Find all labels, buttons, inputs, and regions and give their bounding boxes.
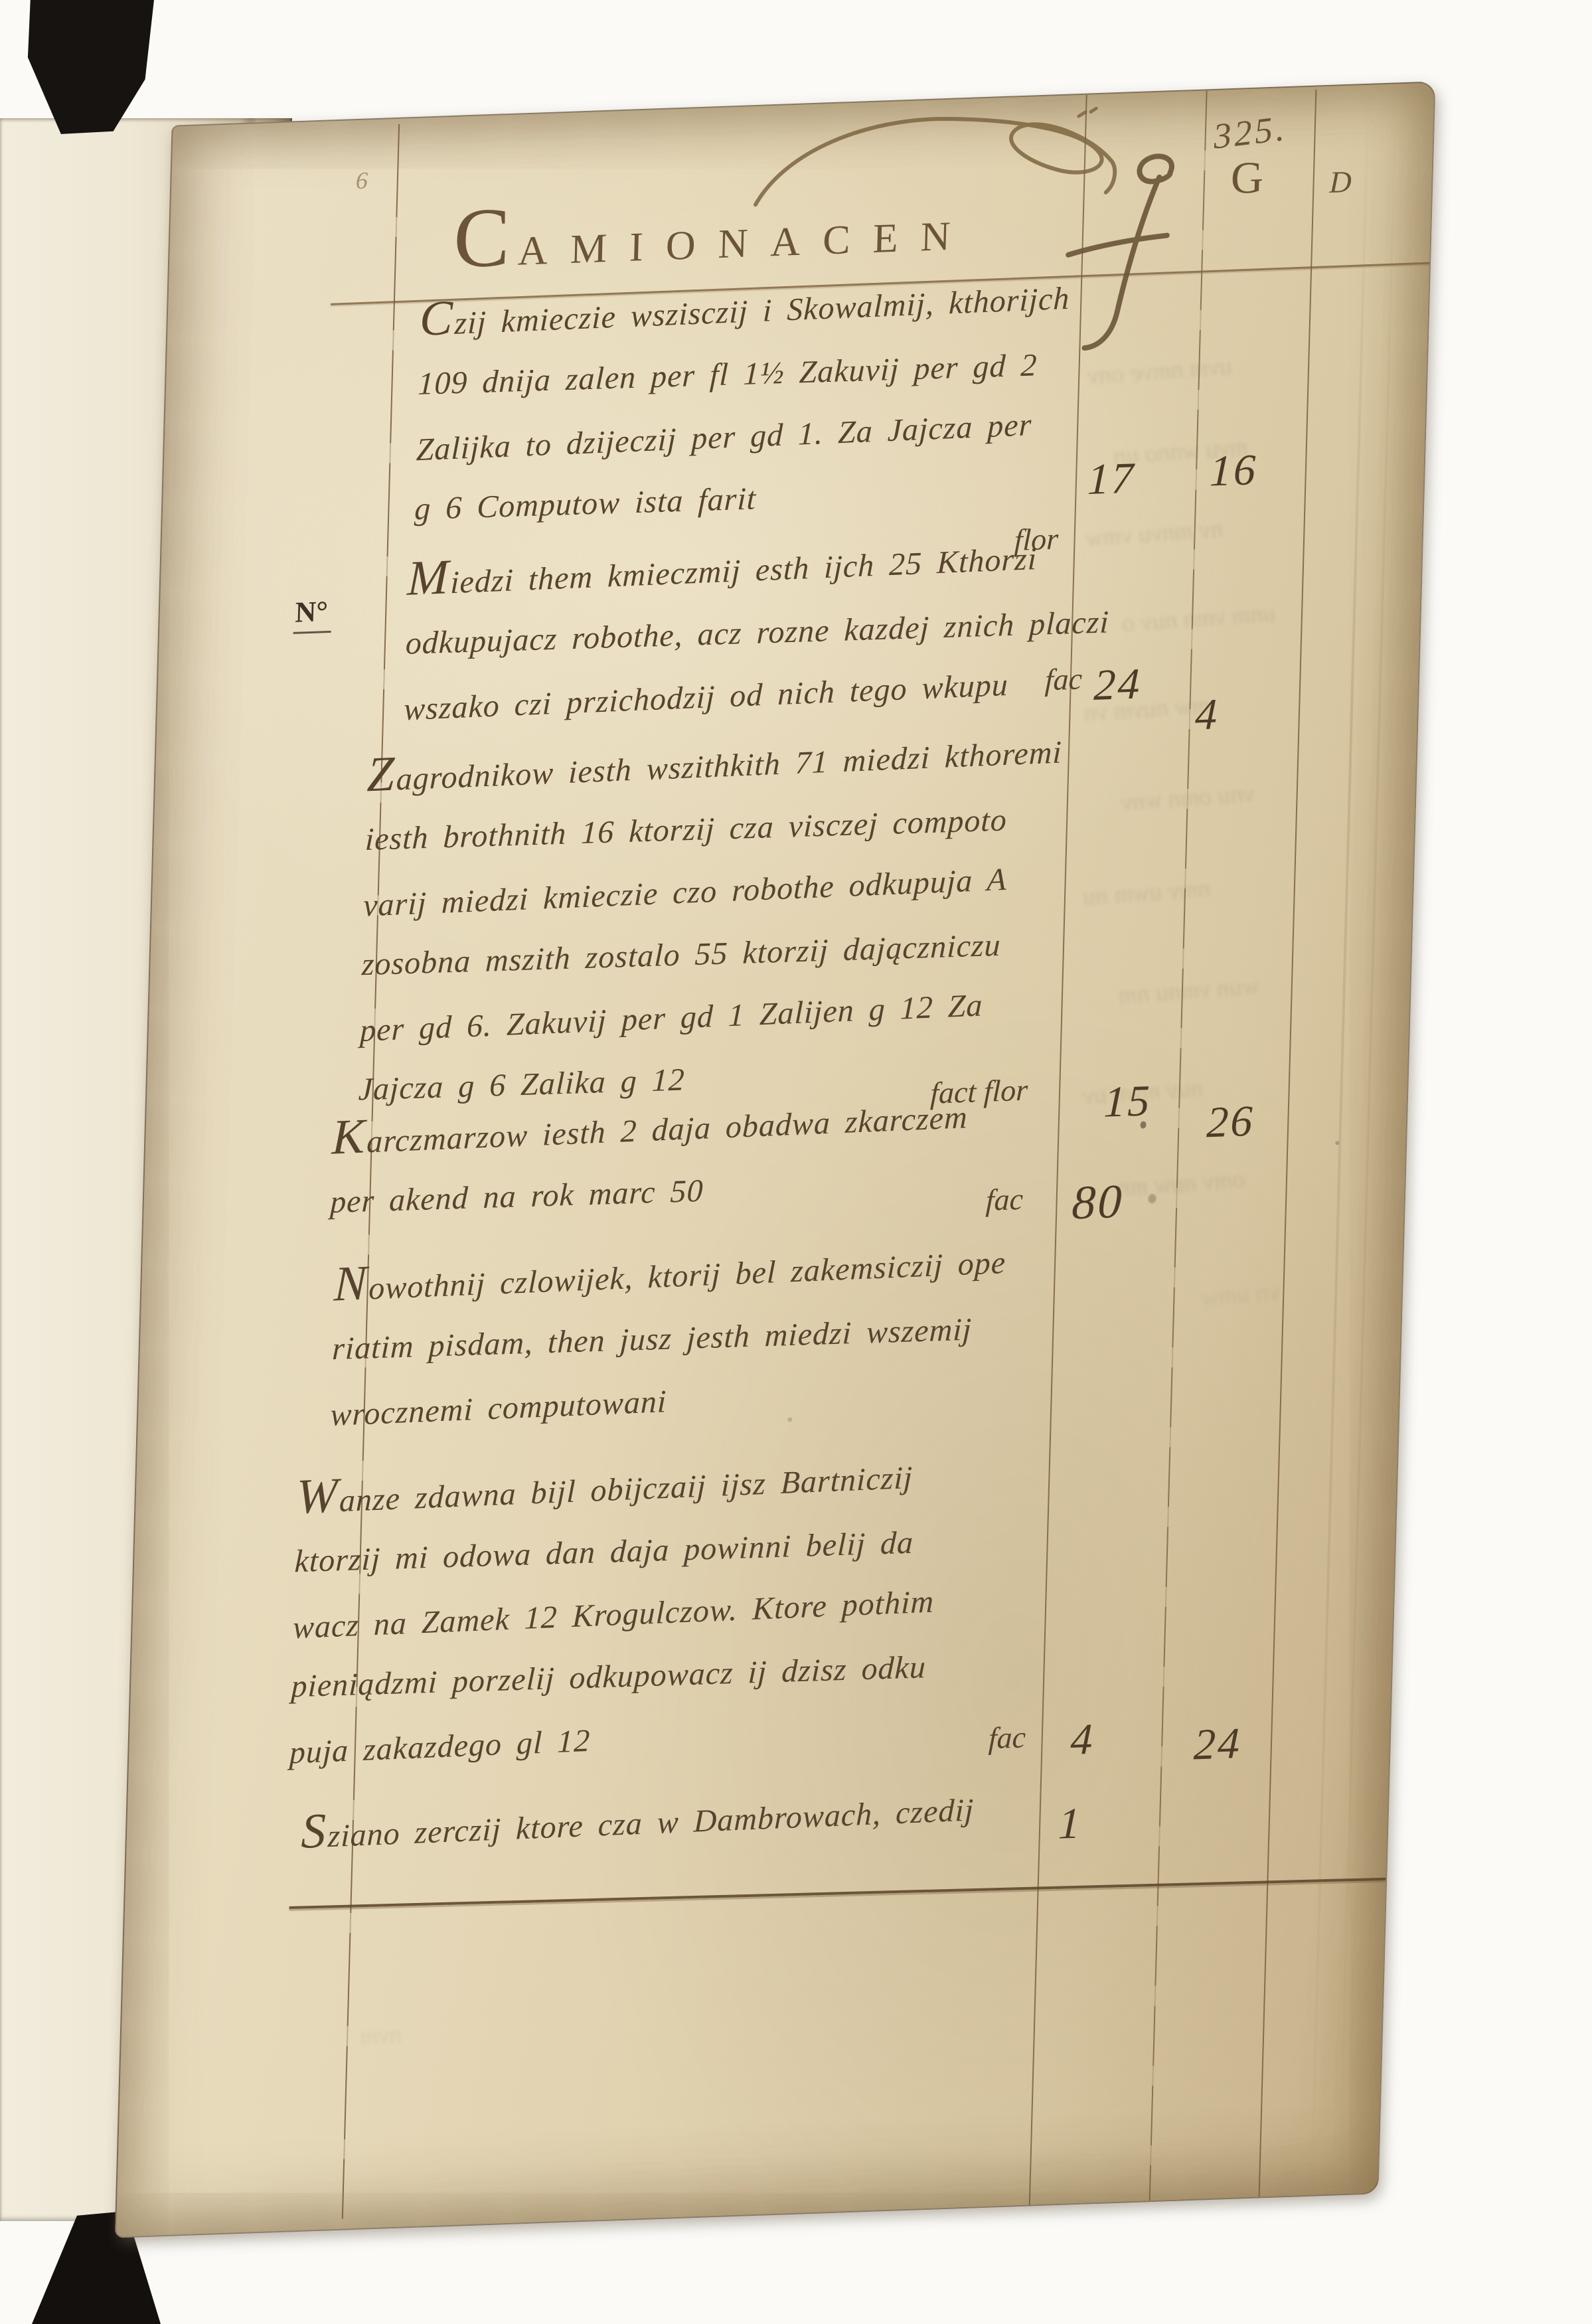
entry-line: Sziano zerczij ktore cza w Dambrowach, c…	[300, 1770, 1038, 1869]
ink-speck	[1140, 1121, 1146, 1128]
entry-block: Zagrodnikow iesth wszithkith 71 miedzi k…	[357, 717, 1071, 1123]
entry-block: Czij kmieczie wszisczij i Skowalmij, kth…	[414, 263, 1084, 542]
amount-grossi: 24	[1193, 1718, 1242, 1771]
amount-florins: 4	[1070, 1714, 1095, 1766]
entry-tail-label: fac	[985, 1181, 1024, 1218]
ghost-bleedthrough: wun vmnu nm	[1119, 971, 1259, 1011]
margin-annotation: N°	[293, 594, 333, 634]
entry-block: Miedzi them kmieczmij esth ijch 25 Kthor…	[403, 522, 1078, 739]
entry-block: Sziano zerczij ktore cza w Dambrowach, c…	[300, 1773, 1038, 1867]
ghost-bleedthrough: vn umw	[1202, 1278, 1279, 1312]
manuscript-scan: 6 CAMIONACEN 325. G D Czij kmieczie wszi…	[0, 0, 1592, 2324]
ghost-bleedthrough: omv nuw mn	[1117, 1165, 1245, 1203]
column-header-grossi: G	[1230, 151, 1264, 205]
corner-mark: 6	[355, 166, 368, 195]
parchment-sheet: 6 CAMIONACEN 325. G D Czij kmieczie wszi…	[115, 81, 1436, 2238]
amount-florins: 80	[1071, 1174, 1124, 1231]
entry-block: Wanze zdawna bijl obijczaij ijsz Bartnic…	[289, 1438, 1040, 1782]
amount-grossi: 26	[1206, 1096, 1255, 1149]
ghost-bleedthrough: nuv mwn uv	[1083, 1073, 1204, 1111]
ghost-bleedthrough: nvm	[360, 2019, 402, 2051]
binding-strip-top	[27, 0, 154, 137]
section-rule-bottom	[289, 1878, 1389, 1909]
ghost-bleedthrough: nmv uwm nu	[1083, 874, 1210, 912]
column-header-denarii: D	[1329, 164, 1352, 200]
amount-florins: 1	[1058, 1798, 1083, 1849]
ghost-bleedthrough: vnu omn wnv	[1121, 779, 1255, 817]
entry-tail-label: fac	[988, 1719, 1026, 1756]
entry-block: Karczmarzow iesth 2 daja obadwa zkarczem…	[329, 1080, 1050, 1236]
ink-speck	[1148, 1194, 1156, 1203]
entry-tail-label: fac	[1044, 661, 1083, 697]
ghost-bleedthrough: nv mnvu vmw	[1086, 514, 1224, 552]
column-rule-f-g	[1149, 90, 1208, 2203]
entry-block: Nowothnij czlowijek, ktorij bel zakemsic…	[329, 1226, 1051, 1445]
ghost-bleedthrough: unm vmn nuv o	[1122, 598, 1275, 638]
folio-number: 325.	[1212, 108, 1288, 157]
